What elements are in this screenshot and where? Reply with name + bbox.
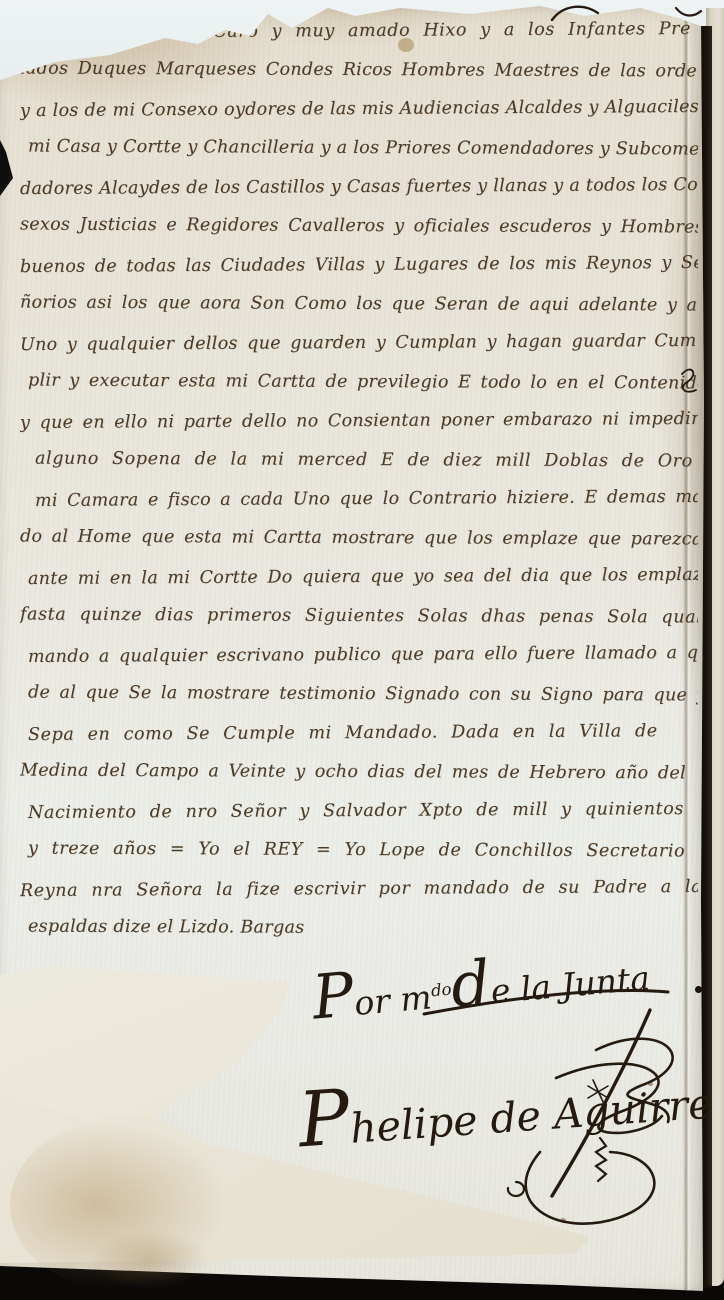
- manuscript-line: alguno Sopena de la mi merced E de diez …: [20, 440, 698, 482]
- manuscript-line: Medina del Campo a Veinte y ocho dias de…: [20, 752, 698, 794]
- manuscript-line: Sepa en como Se Cumple mi Mandado. Dada …: [20, 712, 698, 755]
- manuscript-line: dadores Alcaydes de los Castillos y Casa…: [20, 166, 698, 209]
- manuscript-line: ante mi en la mi Cortte Do quiera que yo…: [20, 556, 698, 599]
- manuscript-line: lados Duques Marqueses Condes Ricos Homb…: [20, 50, 698, 92]
- water-stain: [90, 1230, 210, 1290]
- manuscript-line: buenos de todas las Ciudades Villas y Lu…: [20, 244, 698, 287]
- fox-spot: [560, 1218, 566, 1223]
- manuscript-text: Carlos mi muy Caro y muy amado Hixo y a …: [20, 12, 698, 948]
- manuscript-line: Reyna nra Señora la fize escrivir por ma…: [20, 868, 698, 911]
- manuscript-line: y a los de mi Consexo oydores de las mis…: [20, 88, 698, 131]
- manuscript-line: Uno y qualquier dellos que guarden y Cum…: [20, 322, 698, 365]
- manuscript-line: y treze años = Yo el REY = Yo Lope de Co…: [20, 830, 698, 872]
- manuscript-line: do al Home que esta mi Cartta mostrare q…: [20, 518, 698, 560]
- manuscript-line: plir y executar esta mi Cartta de previl…: [20, 362, 698, 404]
- manuscript-line: ñorios asi los que aora Son Como los que…: [20, 284, 698, 326]
- manuscript-line: de al que Se la mostrare testimonio Sign…: [20, 674, 698, 716]
- manuscript-line: mando a qualquier escrivano publico que …: [20, 634, 698, 677]
- ink-dot: [695, 986, 702, 993]
- manuscript-line: y que en ello ni parte dello no Consient…: [20, 400, 698, 443]
- manuscript-line: fasta quinze dias primeros Siguientes So…: [20, 596, 698, 638]
- signature-junta-text: Por m: [310, 953, 434, 1034]
- manuscript-line: mi Camara e fisco a cada Uno que lo Cont…: [20, 478, 698, 521]
- manuscript-line: sexos Justicias e Regidores Cavalleros y…: [20, 206, 698, 248]
- manuscript-line: Nacimiento de nro Señor y Salvador Xpto …: [20, 790, 698, 833]
- scanned-manuscript: Carlos mi muy Caro y muy amado Hixo y a …: [0, 0, 724, 1300]
- manuscript-line: mi Casa y Cortte y Chancilleria y a los …: [20, 128, 698, 170]
- signature-junta-superscript: do: [430, 980, 452, 1001]
